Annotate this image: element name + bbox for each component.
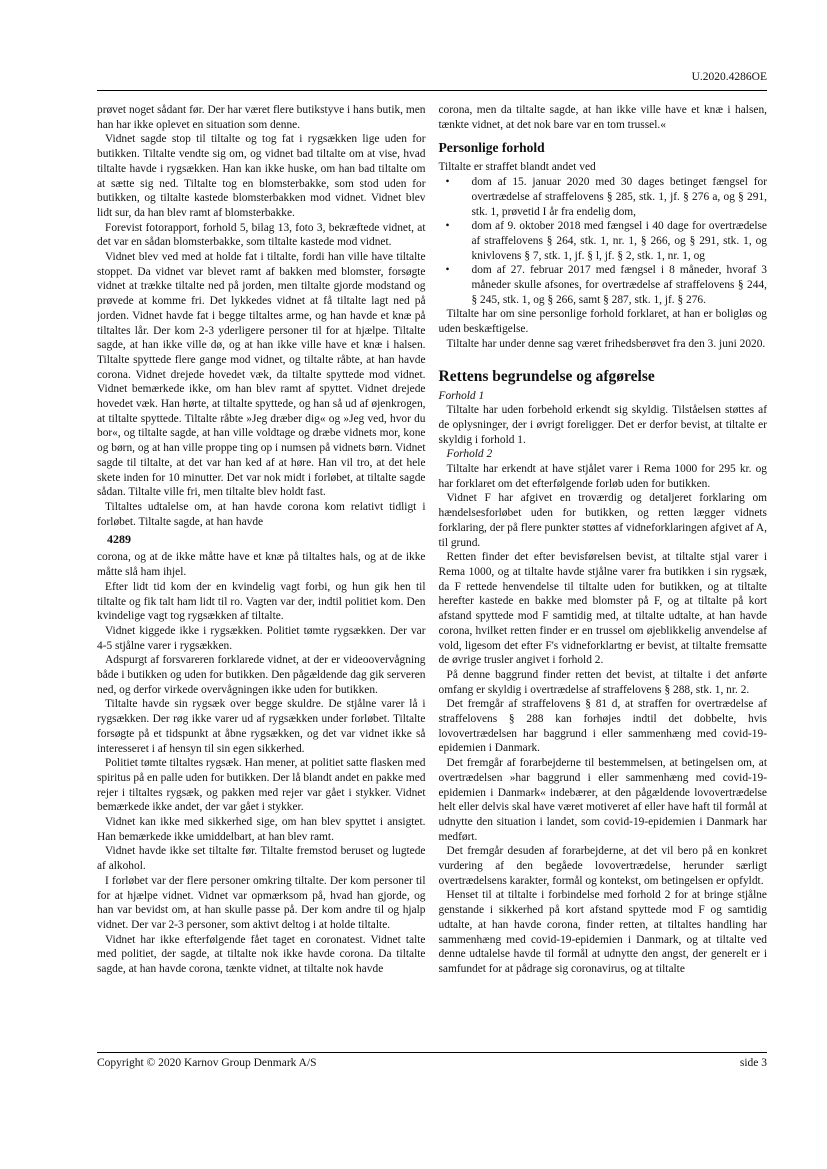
paragraph: Politiet tømte tiltaltes rygsæk. Han men… (97, 756, 426, 815)
paragraph: I forløbet var der flere personer omkrin… (97, 874, 426, 933)
document-page: U.2020.4286OE prøvet noget sådant før. D… (0, 0, 827, 1169)
paragraph: prøvet noget sådant før. Der har været f… (97, 103, 426, 132)
paragraph: Tiltaltes udtalelse om, at han havde cor… (97, 500, 426, 529)
paragraph: Det fremgår af forarbejderne til bestemm… (439, 756, 768, 844)
paragraph: Det fremgår af straffelovens § 81 d, at … (439, 697, 768, 756)
paragraph: Tiltalte har om sine personlige forhold … (439, 307, 768, 336)
list-item: •dom af 27. februar 2017 med fængsel i 8… (439, 263, 768, 307)
list-item: •dom af 15. januar 2020 med 30 dages bet… (439, 175, 768, 219)
paragraph: Henset til at tiltalte i forbindelse med… (439, 888, 768, 976)
paragraph: Vidnet havde ikke set tiltalte før. Tilt… (97, 844, 426, 873)
section-heading: Rettens begrundelse og afgørelse (439, 367, 768, 386)
bullet-icon: • (446, 175, 450, 190)
subsection-label: Forhold 1 (439, 389, 768, 404)
subsection-label: Forhold 2 (439, 447, 768, 462)
header-divider (97, 90, 767, 91)
page-marker: 4289 (107, 532, 426, 547)
paragraph: Tiltalte er straffet blandt andet ved (439, 160, 768, 175)
paragraph: Forevist fotorapport, forhold 5, bilag 1… (97, 221, 426, 250)
paragraph: Det fremgår desuden af forarbejderne, at… (439, 844, 768, 888)
paragraph: Tiltalte havde sin rygsæk over begge sku… (97, 697, 426, 756)
right-column: corona, men da tiltalte sagde, at han ik… (439, 103, 768, 1052)
paragraph: corona, og at de ikke måtte have et knæ … (97, 550, 426, 579)
copyright-text: Copyright © 2020 Karnov Group Denmark A/… (97, 1057, 317, 1069)
paragraph: Tiltalte har under denne sag været frihe… (439, 337, 768, 352)
paragraph: Vidnet blev ved med at holde fat i tilta… (97, 250, 426, 500)
list-item: •dom af 9. oktober 2018 med fængsel i 40… (439, 219, 768, 263)
paragraph: Adspurgt af forsvareren forklarede vidne… (97, 653, 426, 697)
page-footer: Copyright © 2020 Karnov Group Denmark A/… (97, 1057, 767, 1069)
page-header: U.2020.4286OE (97, 71, 767, 83)
bullet-icon: • (446, 219, 450, 234)
footer-divider (97, 1052, 767, 1053)
paragraph: Vidnet sagde stop til tiltalte og tog fa… (97, 132, 426, 220)
paragraph: Efter lidt tid kom der en kvindelig vagt… (97, 580, 426, 624)
list-item-text: dom af 9. oktober 2018 med fængsel i 40 … (472, 220, 768, 261)
document-reference: U.2020.4286OE (692, 71, 767, 83)
paragraph: Vidnet har ikke efterfølgende fået taget… (97, 933, 426, 977)
list-item-text: dom af 27. februar 2017 med fængsel i 8 … (472, 264, 768, 305)
paragraph: På denne baggrund finder retten det bevi… (439, 668, 768, 697)
paragraph: Tiltalte har uden forbehold erkendt sig … (439, 403, 768, 447)
page-number: side 3 (740, 1057, 767, 1069)
document-body: prøvet noget sådant før. Der har været f… (97, 103, 767, 1052)
left-column: prøvet noget sådant før. Der har været f… (97, 103, 426, 1052)
paragraph: Vidnet F har afgivet en troværdig og det… (439, 491, 768, 550)
paragraph: Tiltalte har erkendt at have stjålet var… (439, 462, 768, 491)
list-item-text: dom af 15. januar 2020 med 30 dages beti… (472, 176, 768, 217)
paragraph: Vidnet kan ikke med sikkerhed sige, om h… (97, 815, 426, 844)
bullet-icon: • (446, 263, 450, 278)
paragraph: Vidnet kiggede ikke i rygsækken. Politie… (97, 624, 426, 653)
paragraph: corona, men da tiltalte sagde, at han ik… (439, 103, 768, 132)
section-heading: Personlige forhold (439, 140, 768, 156)
paragraph: Retten finder det efter bevisførelsen be… (439, 550, 768, 668)
